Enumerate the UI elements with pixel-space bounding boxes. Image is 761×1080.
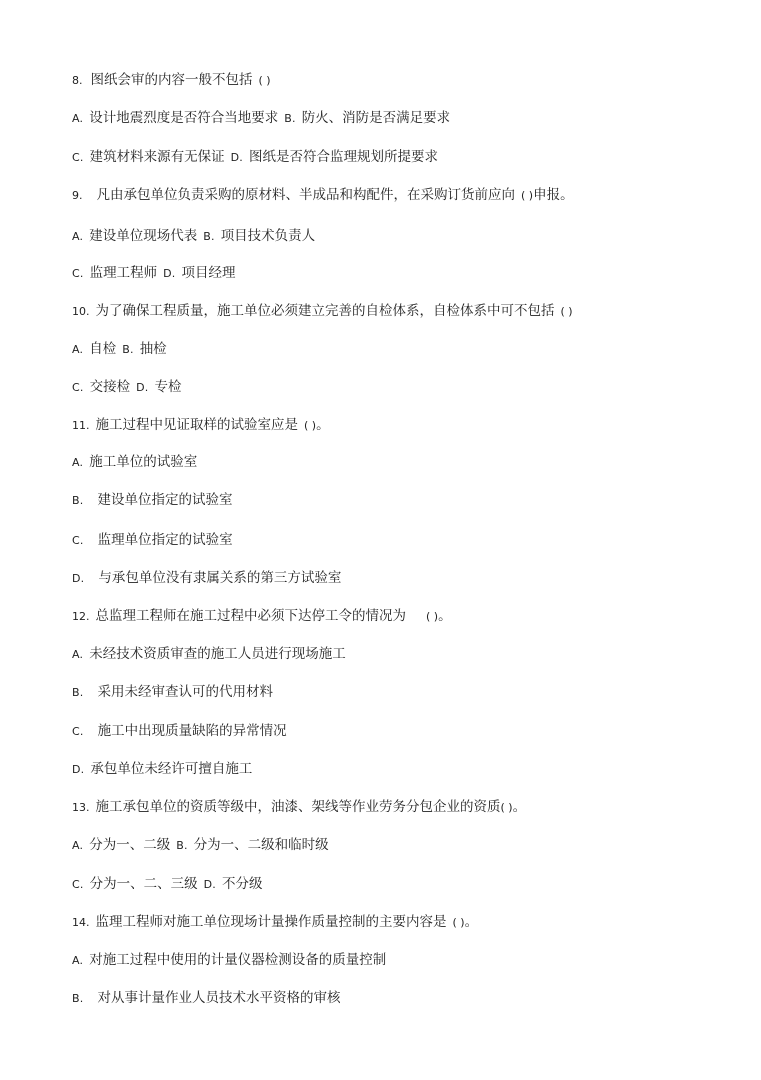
option-label: A. <box>72 112 83 125</box>
option-label: B. <box>72 686 83 699</box>
option-label: D. <box>136 381 148 394</box>
question-text: 施工过程中见证取样的试验室应是 <box>96 417 299 433</box>
option-label: A. <box>72 230 83 243</box>
option-label: A. <box>72 343 83 356</box>
answer-blank: ( ) <box>426 610 438 623</box>
option-text: 图纸是否符合监理规划所提要求 <box>249 149 438 165</box>
option-label: B. <box>176 839 187 852</box>
answer-blank: ( ) <box>521 189 533 202</box>
option-label: B. <box>72 992 83 1005</box>
option-label: A. <box>72 954 83 967</box>
question-text-end: 申报。 <box>533 187 574 203</box>
question-number: 14. <box>72 916 90 929</box>
option-text: 监理工程师 <box>90 265 158 281</box>
option-line: D.与承包单位没有隶属关系的第三方试验室 <box>72 569 341 587</box>
option-line: C.建筑材料来源有无保证D.图纸是否符合监理规划所提要求 <box>72 148 438 166</box>
option-label: C. <box>72 878 84 891</box>
option-text: 采用未经审查认可的代用材料 <box>97 684 273 700</box>
option-label: C. <box>72 381 84 394</box>
question-text-end: 。 <box>465 914 479 930</box>
option-line: A.分为一、二级B.分为一、二级和临时级 <box>72 836 329 854</box>
option-text: 对从事计量作业人员技术水平资格的审核 <box>97 990 340 1006</box>
option-text: 对施工过程中使用的计量仪器检测设备的质量控制 <box>89 952 386 968</box>
option-label: D. <box>231 151 243 164</box>
question-14: 14.监理工程师对施工单位现场计量操作质量控制的主要内容是( )。 <box>72 913 478 931</box>
option-label: C. <box>72 151 84 164</box>
option-line: B.采用未经审查认可的代用材料 <box>72 683 273 701</box>
question-text-end: 。 <box>438 608 452 624</box>
question-number: 12. <box>72 610 90 623</box>
question-text-end: 。 <box>513 799 527 815</box>
option-label: A. <box>72 456 83 469</box>
question-11: 11.施工过程中见证取样的试验室应是( )。 <box>72 416 330 434</box>
option-line: A.自检B.抽检 <box>72 340 167 358</box>
option-line: A.施工单位的试验室 <box>72 453 197 471</box>
option-text: 项目技术负责人 <box>221 228 316 244</box>
option-line: A.设计地震烈度是否符合当地要求B.防火、消防是否满足要求 <box>72 109 450 127</box>
option-line: C.监理单位指定的试验室 <box>72 531 233 549</box>
option-line: B.对从事计量作业人员技术水平资格的审核 <box>72 989 340 1007</box>
option-line: A.建设单位现场代表B.项目技术负责人 <box>72 227 315 245</box>
option-line: B.建设单位指定的试验室 <box>72 491 232 509</box>
option-text: 设计地震烈度是否符合当地要求 <box>89 110 278 126</box>
question-8: 8.图纸会审的内容一般不包括( ) <box>72 71 271 89</box>
option-text: 专检 <box>154 379 181 395</box>
option-line: A.对施工过程中使用的计量仪器检测设备的质量控制 <box>72 951 386 969</box>
question-number: 10. <box>72 305 90 318</box>
option-text: 不分级 <box>222 876 263 892</box>
option-line: C.施工中出现质量缺陷的异常情况 <box>72 722 287 740</box>
document-page: 8.图纸会审的内容一般不包括( ) A.设计地震烈度是否符合当地要求B.防火、消… <box>0 0 761 1080</box>
option-text: 与承包单位没有隶属关系的第三方试验室 <box>98 570 341 586</box>
answer-blank: ( ) <box>304 419 316 432</box>
question-text: 图纸会审的内容一般不包括 <box>91 72 253 88</box>
option-label: B. <box>72 494 83 507</box>
option-label: B. <box>203 230 214 243</box>
question-text: 监理工程师对施工单位现场计量操作质量控制的主要内容是 <box>96 914 447 930</box>
option-line: C.分为一、二、三级D.不分级 <box>72 875 262 893</box>
option-text: 项目经理 <box>181 265 235 281</box>
option-label: D. <box>163 267 175 280</box>
question-13: 13.施工承包单位的资质等级中，油漆、架线等作业劳务分包企业的资质( )。 <box>72 798 526 816</box>
option-label: D. <box>72 763 84 776</box>
option-label: A. <box>72 839 83 852</box>
question-9: 9.凡由承包单位负责采购的原材料、半成品和构配件，在采购订货前应向( )申报。 <box>72 186 574 204</box>
option-text: 建设单位现场代表 <box>89 228 197 244</box>
option-label: B. <box>122 343 133 356</box>
option-text: 分为一、二级 <box>89 837 170 853</box>
question-12: 12.总监理工程师在施工过程中必须下达停工令的情况为( )。 <box>72 607 452 625</box>
option-text: 分为一、二级和临时级 <box>194 837 329 853</box>
question-text-end: 。 <box>316 417 330 433</box>
option-label: B. <box>284 112 295 125</box>
question-text: 施工承包单位的资质等级中，油漆、架线等作业劳务分包企业的资质 <box>96 799 501 815</box>
option-label: A. <box>72 648 83 661</box>
option-text: 交接检 <box>90 379 131 395</box>
option-text: 施工单位的试验室 <box>89 454 197 470</box>
question-text: 为了确保工程质量，施工单位必须建立完善的自检体系，自检体系中可不包括 <box>96 303 555 319</box>
option-text: 承包单位未经许可擅自施工 <box>90 761 252 777</box>
option-text: 建筑材料来源有无保证 <box>90 149 225 165</box>
option-label: D. <box>204 878 216 891</box>
option-text: 抽检 <box>140 341 167 357</box>
option-text: 分为一、二、三级 <box>90 876 198 892</box>
question-number: 11. <box>72 419 90 432</box>
question-number: 8. <box>72 74 83 87</box>
answer-blank: ( ) <box>501 801 513 814</box>
option-line: C.交接检D.专检 <box>72 378 181 396</box>
question-text: 凡由承包单位负责采购的原材料、半成品和构配件，在采购订货前应向 <box>97 187 516 203</box>
question-number: 13. <box>72 801 90 814</box>
option-line: D.承包单位未经许可擅自施工 <box>72 760 252 778</box>
option-label: D. <box>72 572 84 585</box>
option-text: 防火、消防是否满足要求 <box>302 110 451 126</box>
option-line: C.监理工程师D.项目经理 <box>72 264 235 282</box>
answer-blank: ( ) <box>259 74 271 87</box>
option-text: 施工中出现质量缺陷的异常情况 <box>98 723 287 739</box>
option-text: 监理单位指定的试验室 <box>98 532 233 548</box>
option-line: A.未经技术资质审查的施工人员进行现场施工 <box>72 645 346 663</box>
option-label: C. <box>72 267 84 280</box>
option-label: C. <box>72 534 84 547</box>
question-text: 总监理工程师在施工过程中必须下达停工令的情况为 <box>96 608 407 624</box>
question-10: 10.为了确保工程质量，施工单位必须建立完善的自检体系，自检体系中可不包括( ) <box>72 302 573 320</box>
option-text: 未经技术资质审查的施工人员进行现场施工 <box>89 646 346 662</box>
option-text: 建设单位指定的试验室 <box>97 492 232 508</box>
answer-blank: ( ) <box>453 916 465 929</box>
question-number: 9. <box>72 189 83 202</box>
answer-blank: ( ) <box>561 305 573 318</box>
option-label: C. <box>72 725 84 738</box>
option-text: 自检 <box>89 341 116 357</box>
